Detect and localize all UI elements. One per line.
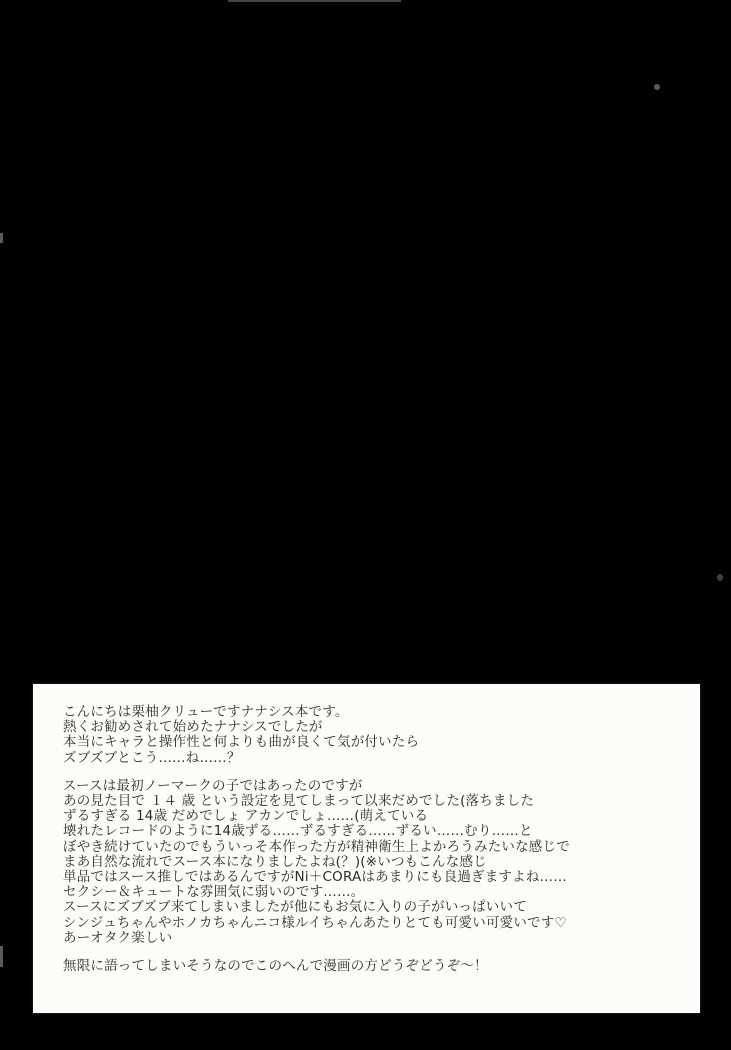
scan-noise-speck: [228, 0, 401, 2]
afterword-line: 壊れたレコードのように14歳ずる……ずるすぎる……ずるい……むり……と: [63, 824, 570, 839]
afterword-line: スースは最初ノーマークの子ではあったのですが: [63, 779, 570, 794]
afterword-line: ぼやき続けていたのでもういっそ本作った方が精神衛生上よかろうみたいな感じで: [63, 840, 570, 855]
afterword-paragraph: スースは最初ノーマークの子ではあったのですが あの見た目で １４ 歳 という設定…: [63, 779, 570, 946]
afterword-line: ズブズブとこう……ね……？: [63, 751, 570, 766]
afterword-line: シンジュちゃんやホノカちゃんニコ様ルイちゃんあたりとても可愛い可愛いです♡: [63, 916, 570, 931]
afterword-line: 単品ではスース推しではあるんですがNi＋CORAはあまりにも良過ぎますよね……: [63, 870, 570, 885]
afterword-line: まあ自然な流れでスース本になりましたよね(？)(※いつもこんな感じ: [63, 855, 570, 870]
afterword-text: こんにちは栗柚クリューですナナシス本です。 熱くお勧めされて始めたナナシスでした…: [63, 705, 570, 974]
scan-noise-speck: [717, 574, 723, 581]
scan-noise-speck: [0, 946, 3, 967]
afterword-line: スースにズブズブ来てしまいましたが他にもお気に入りの子がいっぱいいて: [63, 900, 570, 915]
afterword-line: 無限に語ってしまいそうなのでこのへんで漫画の方どうぞどうぞ～！: [63, 959, 570, 974]
afterword-line: 本当にキャラと操作性と何よりも曲が良くて気が付いたら: [63, 735, 570, 750]
page-background: こんにちは栗柚クリューですナナシス本です。 熱くお勧めされて始めたナナシスでした…: [0, 0, 731, 1050]
afterword-line: あの見た目で １４ 歳 という設定を見てしまって以来だめでした(落ちました: [63, 794, 570, 809]
afterword-paragraph: 無限に語ってしまいそうなのでこのへんで漫画の方どうぞどうぞ～！: [63, 959, 570, 974]
afterword-paragraph: こんにちは栗柚クリューですナナシス本です。 熱くお勧めされて始めたナナシスでした…: [63, 705, 570, 766]
scan-noise-speck: [654, 84, 660, 90]
scan-noise-speck: [0, 233, 3, 243]
afterword-line: こんにちは栗柚クリューですナナシス本です。: [63, 705, 570, 720]
afterword-line: あーオタク楽しい: [63, 931, 570, 946]
paper: こんにちは栗柚クリューですナナシス本です。 熱くお勧めされて始めたナナシスでした…: [33, 684, 700, 1013]
